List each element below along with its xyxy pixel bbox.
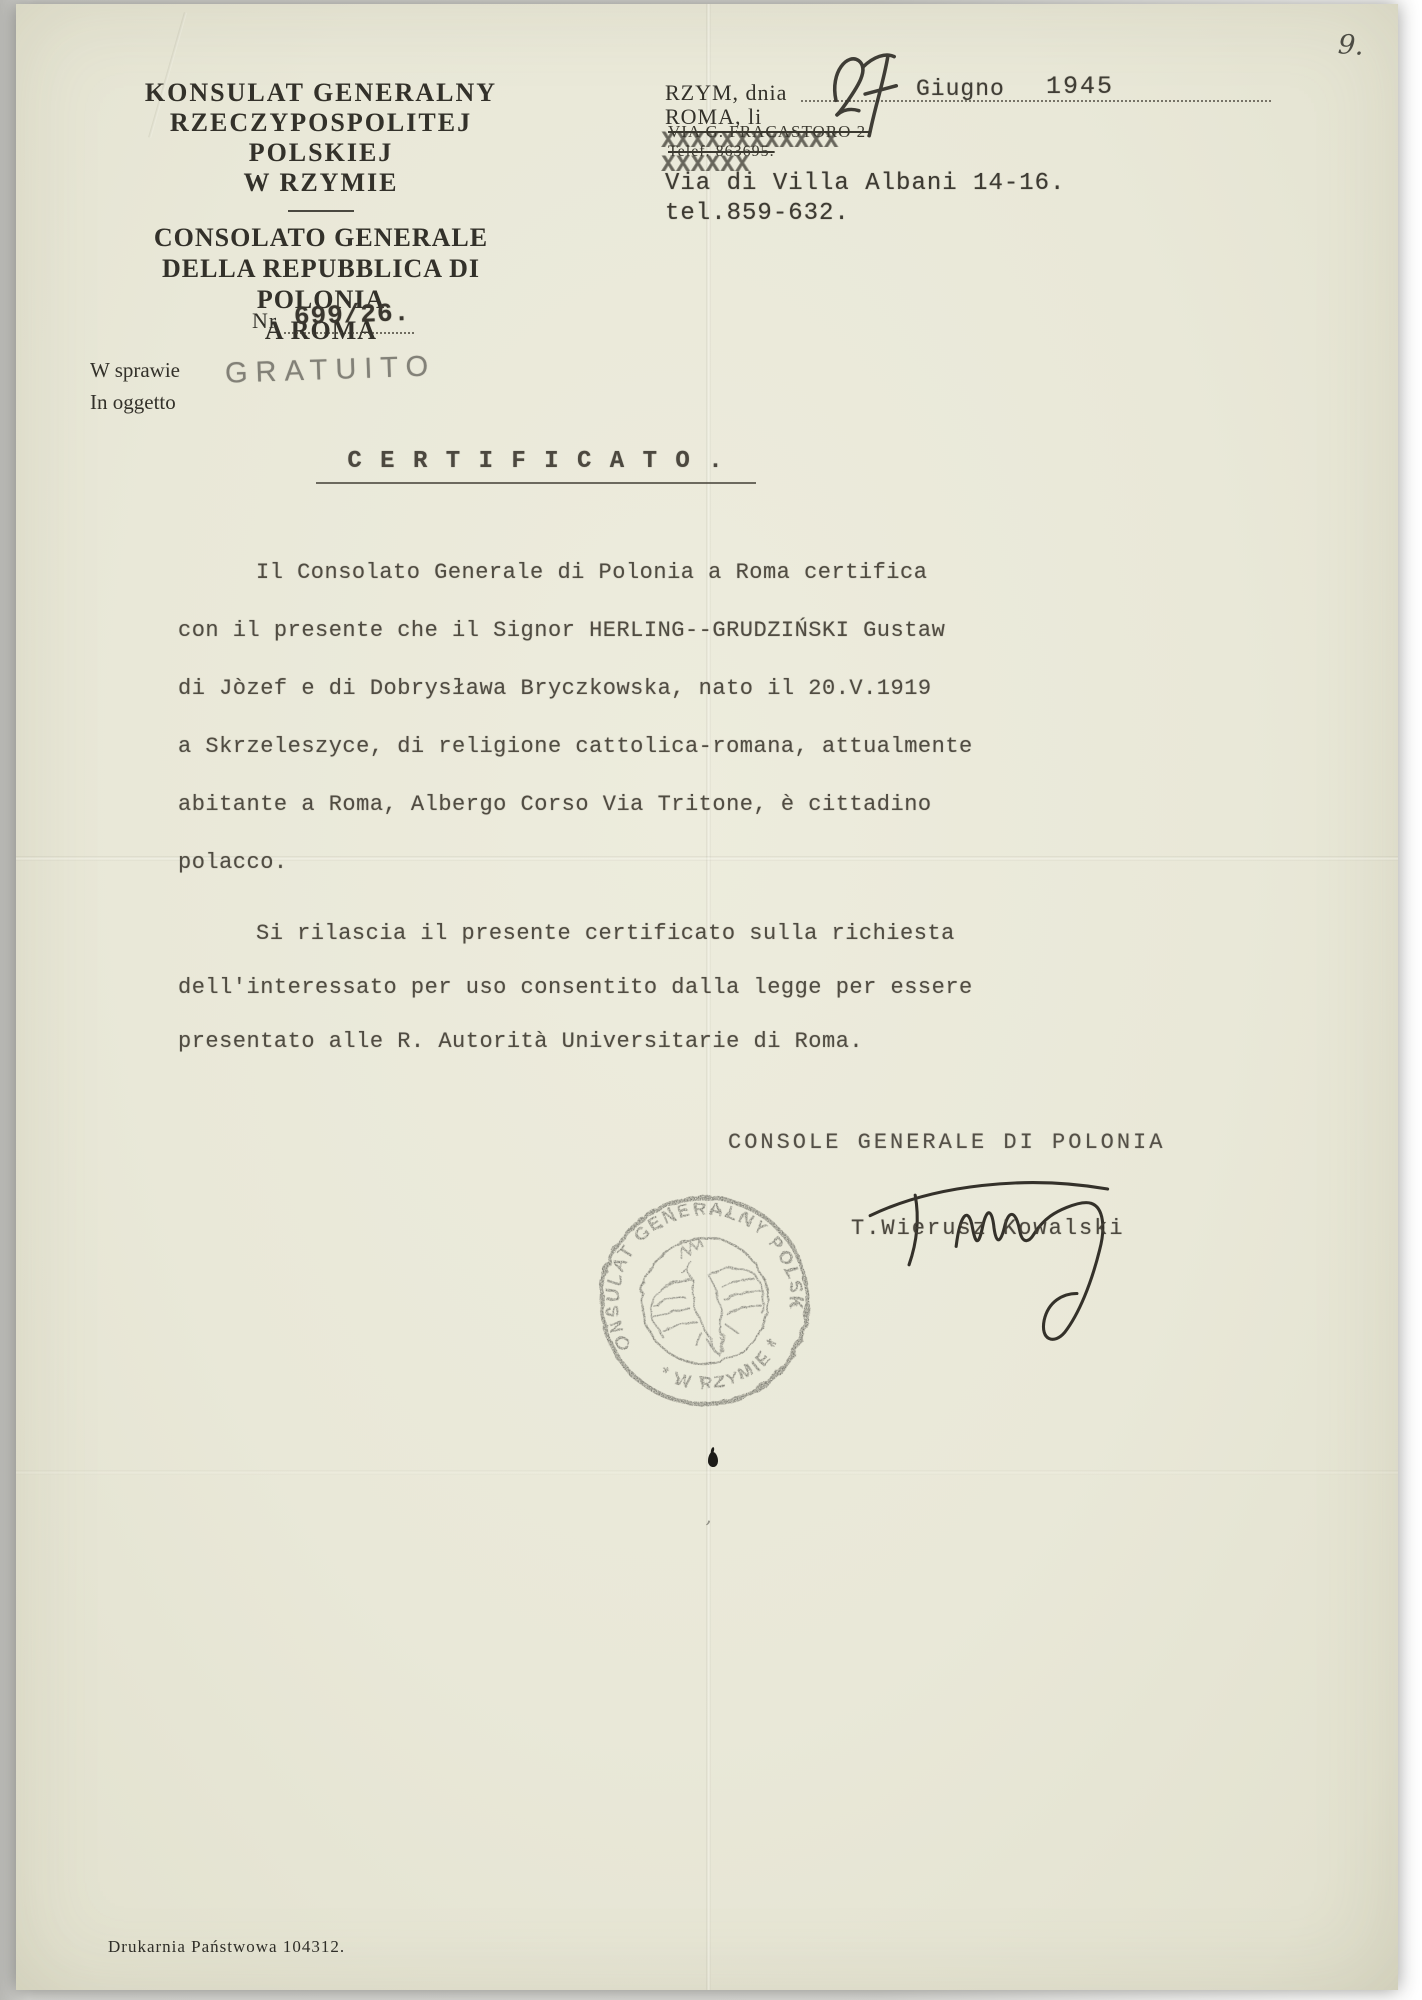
consular-round-stamp: KONSULAT GENERALNY POLSKI * W RZYMIE * (583, 1180, 823, 1420)
document-paper: 9. KONSULAT GENERALNY RZECZYPOSPOLITEJ P… (16, 4, 1398, 1990)
polish-eagle-emblem (635, 1226, 774, 1368)
letterhead-divider-rule (288, 210, 354, 212)
letterhead-polish-line3: W RZYMIE (106, 168, 536, 198)
letterhead-polish-line1: KONSULAT GENERALNY (106, 78, 536, 108)
body-paragraph-2: Si rilascia il presente certificato sull… (178, 907, 998, 1069)
dateline-city-polish: RZYM, dnia (665, 80, 787, 106)
body-line: presentato alle R. Autorità Universitari… (178, 1015, 998, 1069)
body-paragraph-1: Il Consolato Generale di Polonia a Roma … (178, 544, 998, 892)
body-line: a Skrzeleszyce, di religione cattolica-r… (178, 718, 998, 776)
subject-label-italian: In oggetto (90, 386, 180, 418)
body-line: polacco. (178, 834, 998, 892)
printer-imprint: Drukarnia Państwowa 104312. (108, 1937, 345, 1957)
subject-labels: W sprawie In oggetto (90, 354, 180, 418)
certificate-title: C E R T I F I C A T O . (316, 448, 756, 484)
new-address-line1: Via di Villa Albani 14-16. (665, 170, 1065, 197)
gratuito-stamp: GRATUITO (224, 350, 436, 390)
subject-label-polish: W sprawie (90, 354, 180, 386)
body-line: con il presente che il Signor HERLING--G… (178, 602, 998, 660)
overtype-x-row1: XXXXXXXXXXXX (661, 128, 839, 154)
new-address-line2: tel.859-632. (665, 200, 850, 227)
letterhead-italian-line1: CONSOLATO GENERALE (106, 222, 536, 253)
body-line: Il Consolato Generale di Polonia a Roma … (178, 544, 998, 602)
body-line: dell'interessato per uso consentito dall… (178, 961, 998, 1015)
body-line: di Jòzef e di Dobrysława Bryczkowska, na… (178, 660, 998, 718)
handwritten-signature (861, 1144, 1211, 1359)
body-line: abitante a Roma, Albergo Corso Via Trito… (178, 776, 998, 834)
consul-name: T.Wierusz Kowalski (851, 1216, 1125, 1241)
reference-number-value: 699/26. (294, 298, 411, 332)
ink-blot (708, 1452, 718, 1467)
scanned-document-photo: 9. KONSULAT GENERALNY RZECZYPOSPOLITEJ P… (0, 0, 1422, 2000)
reference-number-label: Nr (252, 308, 277, 334)
date-month: Giugno (916, 76, 1005, 102)
title-underline (316, 482, 756, 484)
body-line: Si rilascia il presente certificato sull… (178, 907, 998, 961)
letterhead-polish-line2: RZECZYPOSPOLITEJ POLSKIEJ (106, 108, 536, 168)
certificate-title-text: C E R T I F I C A T O . (347, 448, 724, 475)
fold-crease-horizontal-2 (16, 1470, 1398, 1475)
page-number-annotation: 9. (1337, 29, 1365, 62)
date-year: 1945 (1046, 72, 1114, 101)
